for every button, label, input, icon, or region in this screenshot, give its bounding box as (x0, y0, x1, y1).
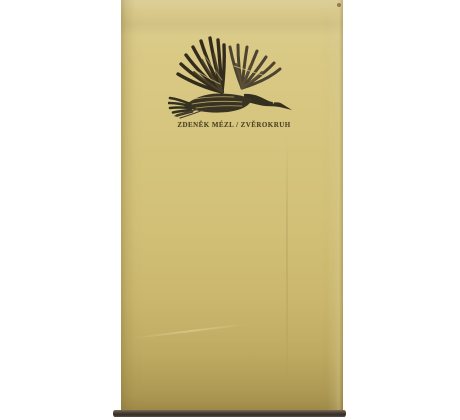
paper-crease (131, 323, 250, 340)
book-bottom-edge (113, 410, 346, 417)
paper-speck (337, 3, 341, 7)
cover-caption: ZDENĚK MÉZL / ZVĚROKRUH (123, 120, 345, 131)
paper-crease (286, 135, 288, 385)
photo-background: ZDENĚK MÉZL / ZVĚROKRUH (0, 0, 460, 420)
book-cover: ZDENĚK MÉZL / ZVĚROKRUH (121, 0, 343, 412)
flying-bird-icon (168, 36, 294, 120)
